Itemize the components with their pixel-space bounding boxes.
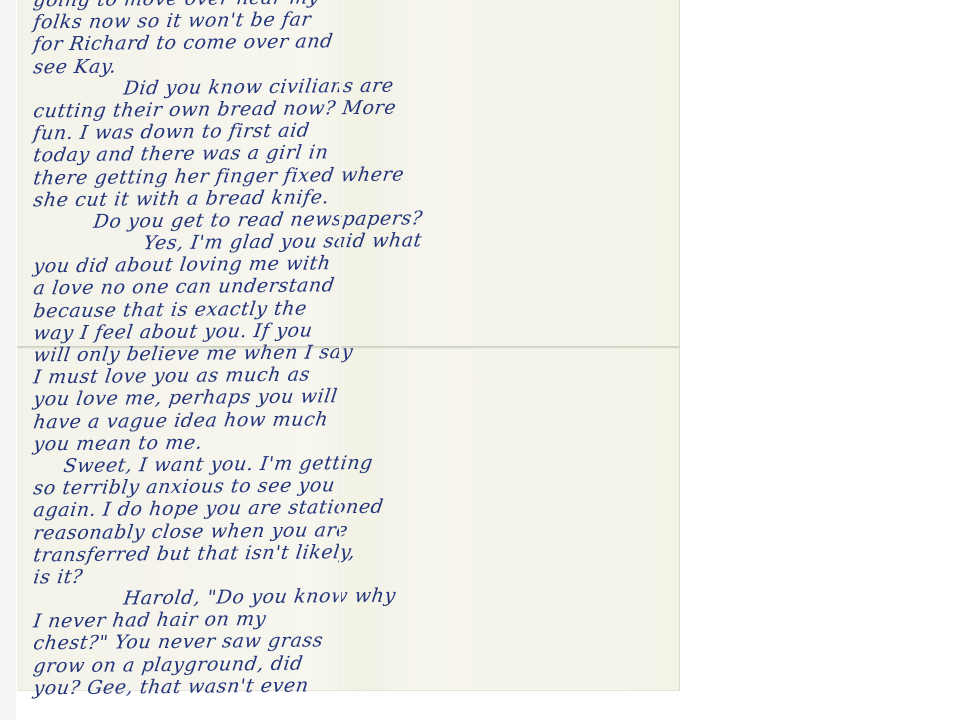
- scanner-background: [0, 0, 16, 720]
- letter-page: going to move over near myfolks now so i…: [17, 0, 680, 691]
- handwritten-text: going to move over near myfolks now so i…: [34, 0, 684, 696]
